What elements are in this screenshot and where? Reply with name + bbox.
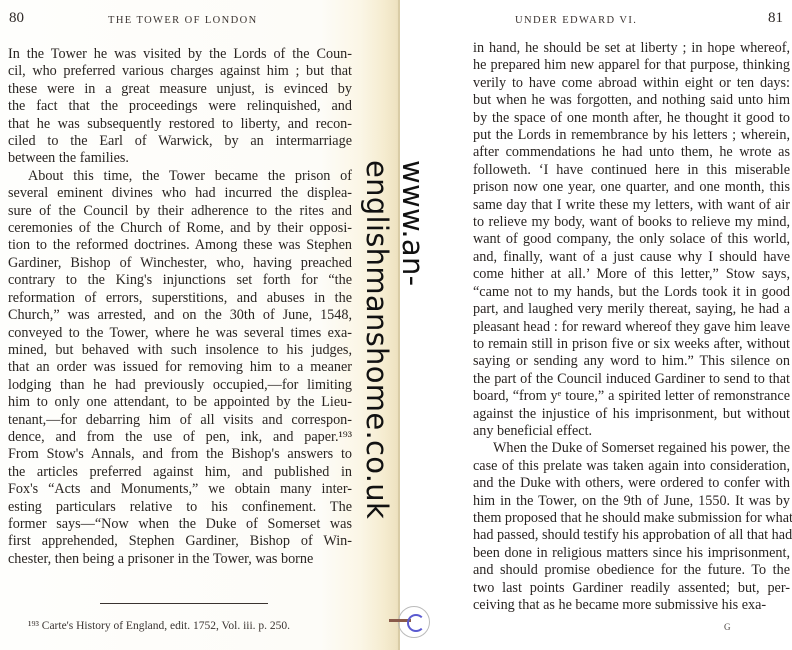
body-text: In the Tower he was visited by the Lords…: [8, 46, 352, 568]
text-line: and, finally, want of a just cause why I…: [473, 249, 790, 266]
text-line: the articles preferred against him, and …: [8, 464, 352, 481]
page-number: 81: [768, 10, 783, 27]
text-line: “came not to my hands, but the Lords too…: [473, 284, 790, 301]
signature-mark: G: [724, 622, 731, 632]
text-line: against the injustice of his imprisonmen…: [473, 406, 790, 423]
text-line: ceremonies of the Church of Rome, and by…: [8, 220, 352, 237]
text-line: verily to have come abroad within eight …: [473, 75, 790, 92]
paragraph: When the Duke of Somerset regained his p…: [473, 440, 790, 614]
c-arc-icon: [407, 614, 425, 632]
text-line: esting particulars relative to his confi…: [8, 499, 352, 516]
text-line: prison now one year, one quarter, and on…: [473, 179, 790, 196]
text-line: put the Lords in remembrance by his lett…: [473, 127, 790, 144]
text-line: From Stow's Annals, and from the Bishop'…: [8, 446, 352, 463]
right-page: UNDER EDWARD VI. 81 in hand, he should b…: [400, 0, 792, 650]
body-text: in hand, he should be set at liberty ; i…: [473, 40, 790, 614]
text-line: part, and laughed very merily thereat, s…: [473, 301, 790, 318]
text-line: them proposed that he should make submis…: [473, 510, 790, 527]
book-spread: 80 THE TOWER OF LONDON In the Tower he w…: [0, 0, 792, 650]
text-line: case of this prelate was taken again int…: [473, 458, 790, 475]
text-line: after commendations he had unto them, he…: [473, 144, 790, 161]
text-line: sure of the Council by their adherence t…: [8, 203, 352, 220]
text-line: same day that I write these my letters, …: [473, 197, 790, 214]
text-line: cil, who preferred various charges again…: [8, 63, 352, 80]
text-line: between the families.: [8, 150, 352, 167]
text-line: tenant,—for debarring him of all visits …: [8, 412, 352, 429]
text-line: mined, but behaved with such insolence t…: [8, 342, 352, 359]
text-line: saying or sending any word to him.” This…: [473, 353, 790, 370]
text-line: lodging than he had previously occupied,…: [8, 377, 352, 394]
text-line: the fact that the proceedings were relin…: [8, 98, 352, 115]
text-line: want of good company, the only solace of…: [473, 231, 790, 248]
text-line: and the Duke with others, were ordered t…: [473, 475, 790, 492]
text-line: When the Duke of Somerset regained his p…: [473, 440, 790, 457]
copyright-c-icon: [398, 606, 430, 638]
text-line: in hand, he should be set at liberty ; i…: [473, 40, 790, 57]
text-line: Fox's “Acts and Monuments,” we obtain ma…: [8, 481, 352, 498]
text-line: Gardiner, Bishop of Winchester, who, hav…: [8, 255, 352, 272]
text-line: In the Tower he was visited by the Lords…: [8, 46, 352, 63]
text-line: to relieve my body, want of books to rel…: [473, 214, 790, 231]
text-line: by the space of one month after, he thou…: [473, 110, 790, 127]
running-head: THE TOWER OF LONDON: [108, 15, 258, 26]
text-line: had passed, should testify his approbati…: [473, 527, 790, 544]
footnote: ¹⁹³ Carte's History of England, edit. 17…: [28, 620, 290, 632]
running-head: UNDER EDWARD VI.: [515, 15, 637, 26]
text-line: been done in religious matters since his…: [473, 545, 790, 562]
text-line: come hither at all.’ More of this letter…: [473, 266, 790, 283]
text-line: and should promise obedience for the fut…: [473, 562, 790, 579]
text-line: these were in a great measure unjust, is…: [8, 81, 352, 98]
text-line: the part of the Council induced Gardiner…: [473, 371, 790, 388]
text-line: contrary to the King's injunctions set f…: [8, 272, 352, 289]
text-line: several eminent divines who had incurred…: [8, 185, 352, 202]
paragraph: About this time, the Tower became the pr…: [8, 168, 352, 568]
website-watermark: www.an-englishmanshome.co.uk: [395, 160, 431, 580]
text-line: him to only one attendant, to be appoint…: [8, 394, 352, 411]
text-line: but when he was forgotten, and nothing s…: [473, 92, 790, 109]
text-line: board, “from yᵉ toure,” a spirited lette…: [473, 388, 790, 405]
text-line: ciled to the Earl of Warwick, by an inte…: [8, 133, 352, 150]
text-line: tion to the reformed doctrines. Among th…: [8, 237, 352, 254]
text-line: chester, then being a prisoner in the To…: [8, 551, 352, 568]
text-line: two last points Gardiner readily assente…: [473, 580, 790, 597]
paragraph: in hand, he should be set at liberty ; i…: [473, 40, 790, 440]
text-line: Church,” was arrested, and on the 30th o…: [8, 307, 352, 324]
text-line: pleasant head : for reward whereof they …: [473, 319, 790, 336]
page-number: 80: [9, 10, 24, 27]
text-line: he prepared him new apparel for that pur…: [473, 57, 790, 74]
paragraph: In the Tower he was visited by the Lords…: [8, 46, 352, 168]
left-page: 80 THE TOWER OF LONDON In the Tower he w…: [0, 0, 400, 650]
text-line: any beneficial effect.: [473, 423, 790, 440]
text-line: former says—“Now when the Duke of Somers…: [8, 516, 352, 533]
footnote-rule: [100, 603, 268, 604]
text-line: reformation of errors, superstitions, an…: [8, 290, 352, 307]
text-line: ceiving that as he became more submissiv…: [473, 597, 790, 614]
text-line: first apprehended, Stephen Gardiner, Bis…: [8, 533, 352, 550]
text-line: followeth. ‘I have continued here in thi…: [473, 162, 790, 179]
text-line: conveyed to the Tower, where he was seve…: [8, 325, 352, 342]
text-line: dence, and from the use of pen, ink, and…: [8, 429, 352, 446]
text-line: that he was subsequently restored to lib…: [8, 116, 352, 133]
text-line: him in the Tower, on the 9th of June, 15…: [473, 493, 790, 510]
text-line: that an order was issued for removing hi…: [8, 359, 352, 376]
text-line: to remain still in prison five or six we…: [473, 336, 790, 353]
text-line: About this time, the Tower became the pr…: [8, 168, 352, 185]
